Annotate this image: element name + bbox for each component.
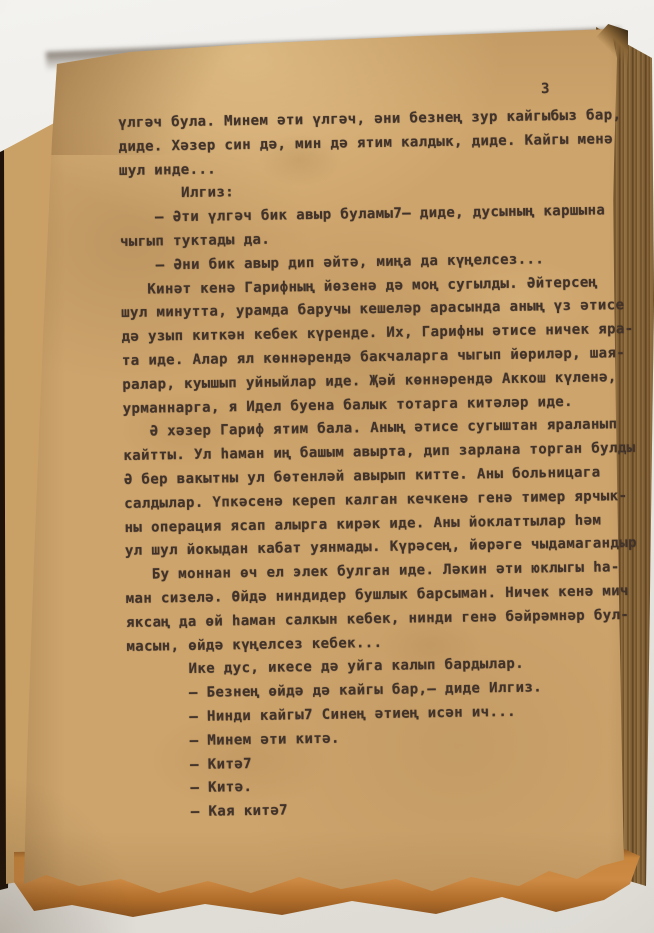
page-number: 3 [541,77,550,101]
photo-backdrop: 3 үлгәч була. Минем әти үлгәч, әни безне… [0,0,654,933]
typewritten-text: үлгәч була. Минем әти үлгәч, әни безнең … [118,104,654,826]
